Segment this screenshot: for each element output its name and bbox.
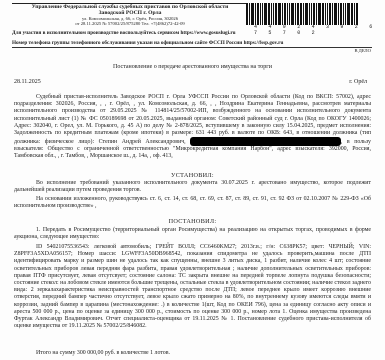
property-description: ID 54021075536543: легковой автомобиль; … [14,244,371,330]
document-title: Постановление о передаче арестованного и… [0,64,385,70]
document-reference: от 28.11.2025 № 57002/25/875280 Тел. +7(… [12,21,248,26]
document-date: 28.11.2025 [14,79,41,85]
intro-paragraph: Судебный пристав-исполнитель Заводское Р… [14,94,371,161]
section-resolved-heading: ПОСТАНОВИЛ: [0,218,385,225]
issuing-authority-block: Управление Федеральной службы судебных п… [12,4,248,26]
filing-stamp: В ДЕЛО [354,48,371,53]
established-paragraph-2: На основании изложенного, руководствуясь… [14,196,371,210]
header-bottom-rule [12,47,372,48]
redaction-block [293,137,341,146]
resolved-paragraph-1: 1. Передать в Росимущество (территориаль… [14,227,371,241]
barcode-number: 4 4 9 2 4 3 9 2 6 7 5 7 0 2 [254,24,380,36]
established-paragraph-1: Во исполнение требований указанного испо… [14,180,371,194]
gosuslugi-note: Для участия в исполнительном производств… [12,30,236,36]
barcode [246,3,380,25]
document-city: г. Орёл [349,79,367,85]
phone-service-note: Номер телефона группы телефонного обслуж… [12,40,283,46]
section-established-heading: УСТАНОВИЛ: [0,172,385,179]
document-page: Управление Федеральной службы судебных п… [0,0,385,360]
total-line: Итого на сумму 300 000,00 руб. в количес… [14,350,371,357]
